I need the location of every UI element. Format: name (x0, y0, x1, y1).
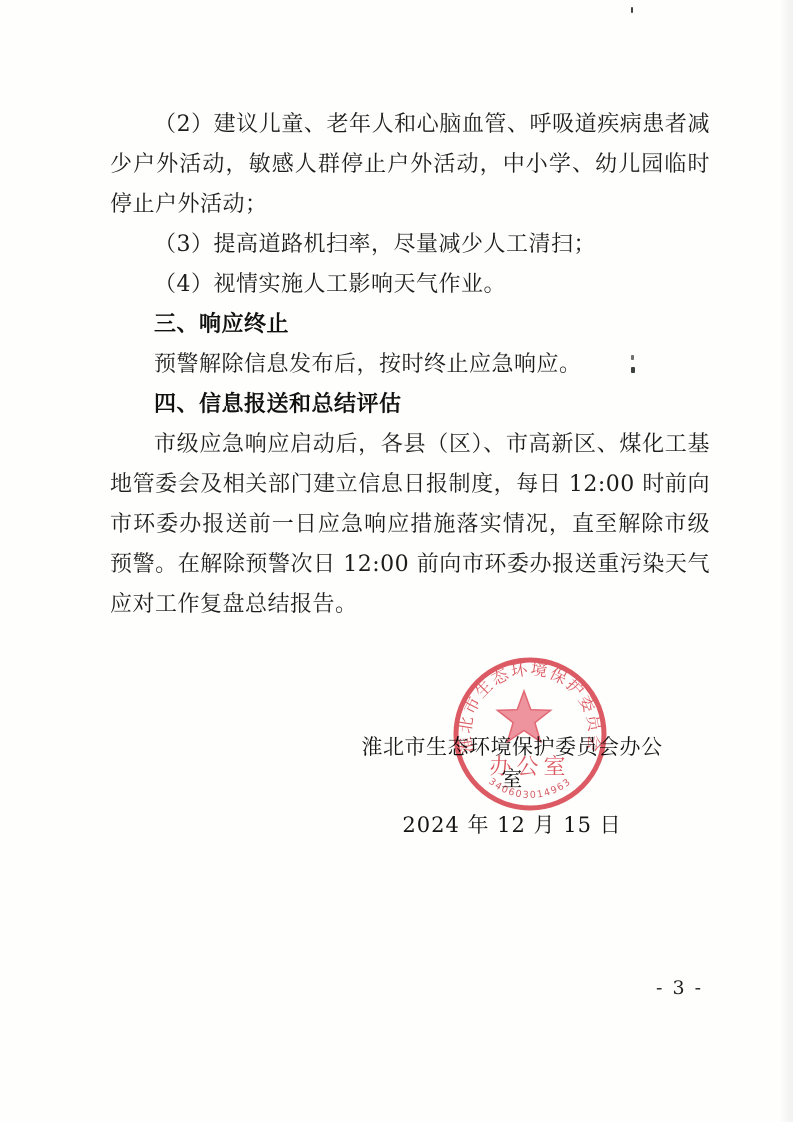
document-body: （2）建议儿童、老年人和心脑血管、呼吸道疾病患者减少户外活动，敏感人群停止户外活… (110, 105, 710, 625)
signature-date: 2024 年 12 月 15 日 (352, 809, 672, 841)
scan-edge-shadow (779, 0, 793, 1122)
document-page: （2）建议儿童、老年人和心脑血管、呼吸道疾病患者减少户外活动，敏感人群停止户外活… (0, 0, 793, 1122)
section-heading-reporting-evaluation: 四、信息报送和总结评估 (110, 385, 710, 425)
paragraph-measure-4: （4）视情实施人工影响天气作业。 (110, 265, 710, 305)
scan-artifact-top (631, 7, 633, 13)
signature-organization: 淮北市生态环境保护委员会办公室 (352, 731, 672, 795)
scan-artifact-colon-lower (631, 367, 635, 373)
paragraph-measure-3: （3）提高道路机扫率，尽量减少人工清扫； (110, 225, 710, 265)
paragraph-response-termination: 预警解除信息发布后，按时终止应急响应。 (110, 345, 710, 385)
section-heading-response-termination: 三、响应终止 (110, 305, 710, 345)
scan-artifact-colon-upper (631, 355, 634, 360)
paragraph-measure-2: （2）建议儿童、老年人和心脑血管、呼吸道疾病患者减少户外活动，敏感人群停止户外活… (110, 105, 710, 225)
page-number: - 3 - (656, 977, 703, 999)
signature-block: 淮北市生态环境保护委员会办公室 2024 年 12 月 15 日 (352, 731, 672, 841)
paragraph-reporting-evaluation: 市级应急响应启动后，各县（区）、市高新区、煤化工基地管委会及相关部门建立信息日报… (110, 425, 710, 625)
